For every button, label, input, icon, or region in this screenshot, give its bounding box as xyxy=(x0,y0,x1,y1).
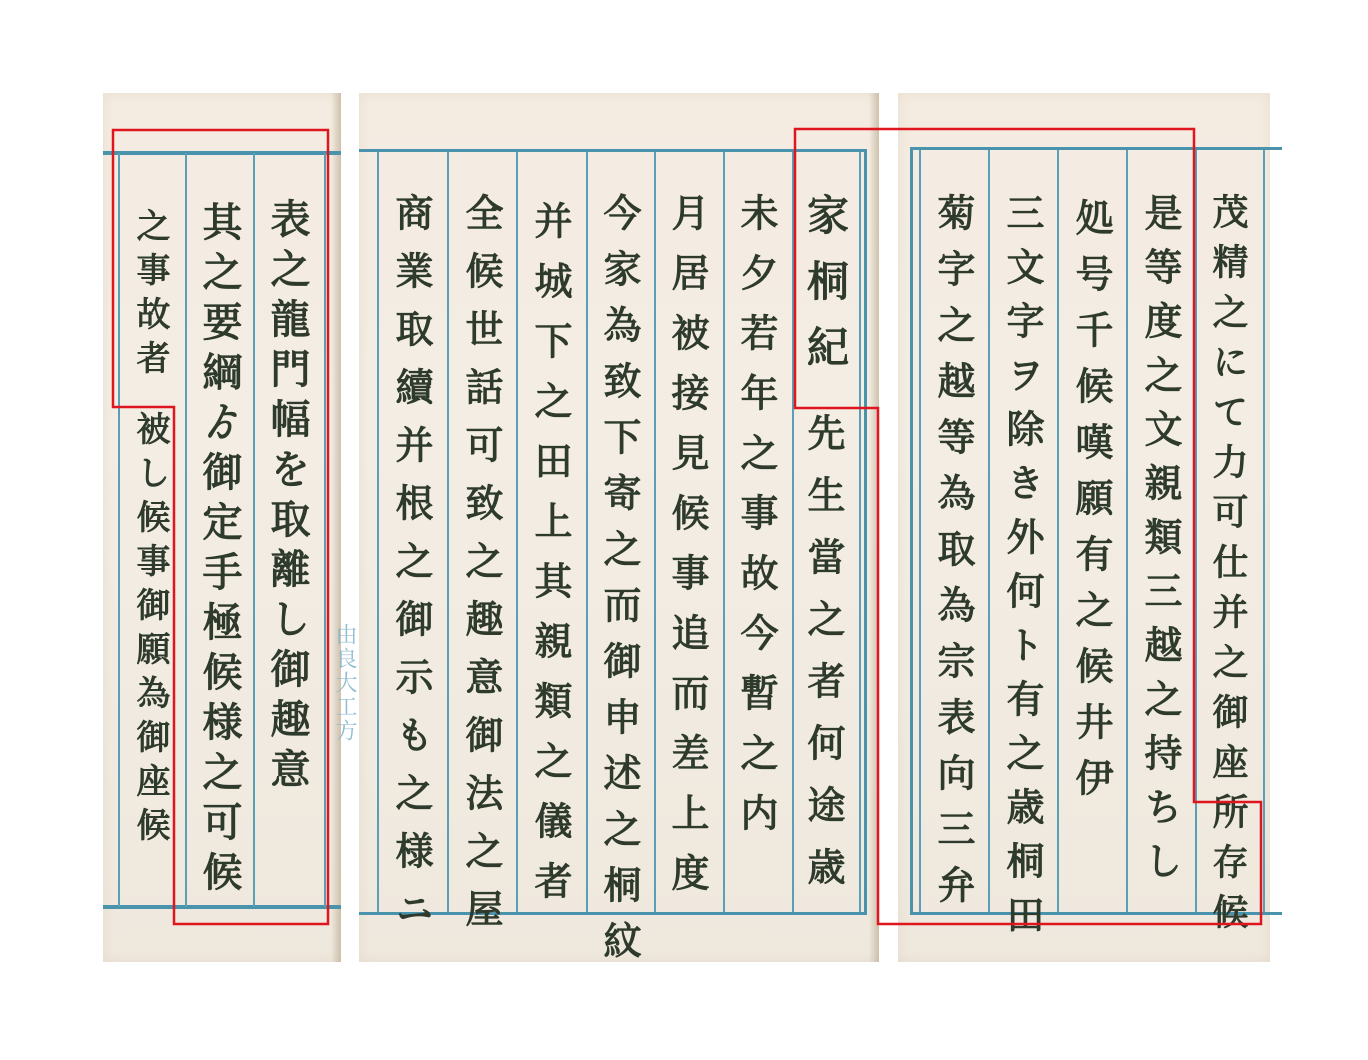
text-column: 月居被接見候事追而差上度 xyxy=(668,193,706,913)
page-panel-right: 茂精之にて力可仕并之御座所存候 是等度之文親類三越之持ちし 処号千候嘆願有之候井… xyxy=(898,93,1270,962)
column-rule xyxy=(654,152,656,912)
page-panel-left: 表之龍門幅を取離し御趣意 其之要綱ゟ御定手極候様之可候 之事故者 被し候事御願為… xyxy=(103,93,341,962)
stray-mark: 、 xyxy=(399,908,429,948)
column-rule xyxy=(919,150,921,912)
faded-stamp: 由良大工方 xyxy=(329,623,360,743)
column-rule xyxy=(118,153,120,907)
column-rule xyxy=(377,152,379,912)
text-column: 全候世話可致之趣意御法之屋 xyxy=(462,193,500,947)
column-rule xyxy=(859,152,861,912)
text-column: 処号千候嘆願有之候井伊 xyxy=(1072,198,1110,814)
page-spine xyxy=(331,93,341,962)
text-column: 之事故者 xyxy=(133,208,167,384)
bottom-rule xyxy=(103,905,341,909)
text-column: 菊字之越等為取為宗表向三弁 xyxy=(934,193,972,921)
text-column: 并城下之田上其親類之儀者 xyxy=(531,201,569,921)
text-column: 三文字ヲ除き外何ト有之歳桐田 xyxy=(1003,193,1041,949)
column-rule xyxy=(324,153,326,907)
top-rule xyxy=(103,151,341,155)
text-column: 表之龍門幅を取離し御趣意 xyxy=(267,198,307,798)
column-rule xyxy=(792,152,794,912)
text-column: 先生當之者何途歳 xyxy=(804,413,842,909)
column-rule xyxy=(988,150,990,912)
page-spine xyxy=(869,93,879,962)
column-rule xyxy=(185,153,187,907)
column-rule xyxy=(723,152,725,912)
column-rule xyxy=(516,152,518,912)
column-rule xyxy=(586,152,588,912)
column-rule xyxy=(1126,150,1128,912)
text-column: 其之要綱ゟ御定手極候様之可候 xyxy=(199,201,239,901)
text-column: 茂精之にて力可仕并之御座所存候 xyxy=(1210,193,1246,943)
text-column: 今家為致下寄之而御申述之桐紋 xyxy=(600,193,638,977)
column-rule xyxy=(447,152,449,912)
text-column-title: 家桐紀 xyxy=(804,193,846,391)
text-column: 被し候事御願為御座候 xyxy=(133,411,167,851)
text-column: 商業取續并根之御示も之様ニ xyxy=(392,193,430,947)
page-panel-middle: 家桐紀 先生當之者何途歳 未夕若年之事故今暫之内 月居被接見候事追而差上度 今家… xyxy=(359,93,879,962)
text-column: 未夕若年之事故今暫之内 xyxy=(737,193,775,853)
column-rule xyxy=(1057,150,1059,912)
text-column: 是等度之文親類三越之持ちし xyxy=(1141,193,1179,895)
column-rule xyxy=(1263,150,1265,912)
column-rule xyxy=(1195,150,1197,912)
column-rule xyxy=(253,153,255,907)
